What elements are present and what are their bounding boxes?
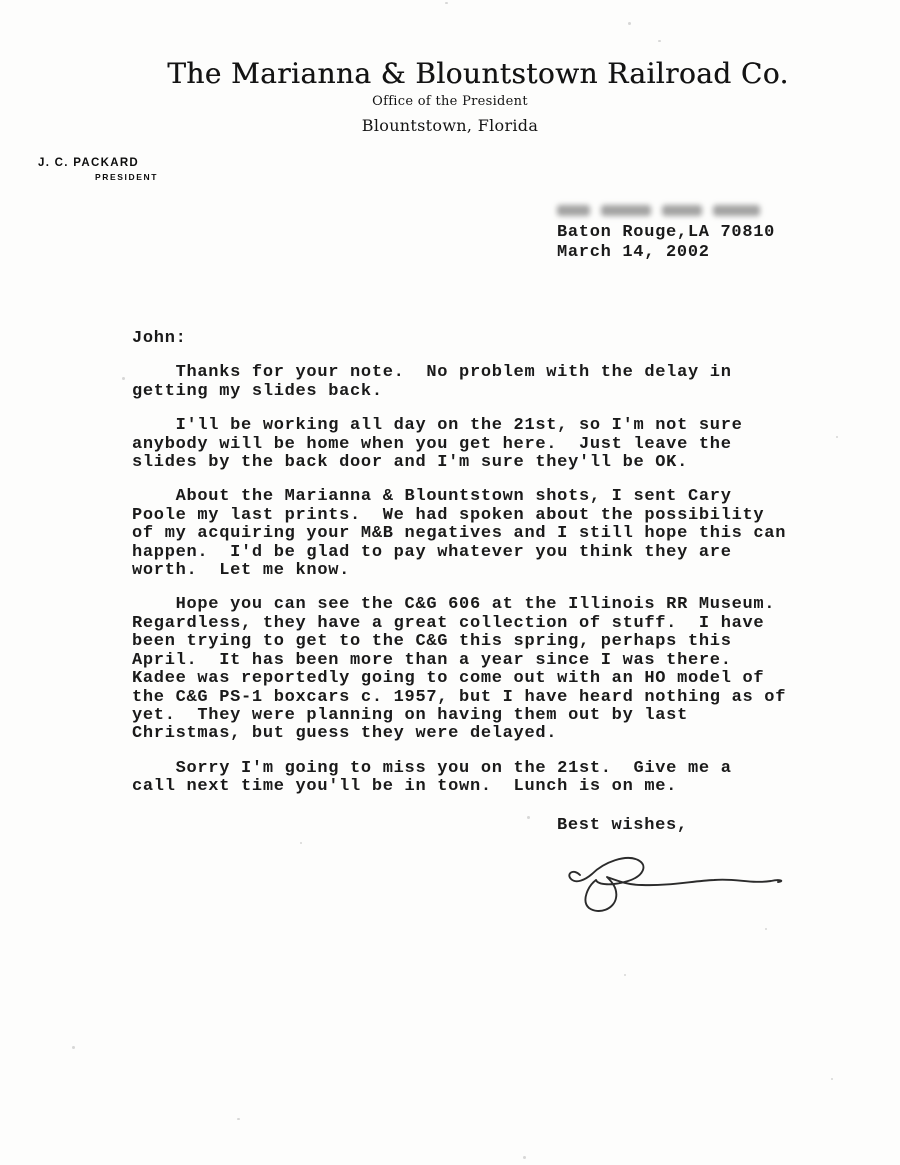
sender-title: PRESIDENT (95, 173, 158, 182)
sender-block: J. C. PACKARD PRESIDENT (38, 158, 158, 181)
scan-speck (765, 928, 767, 930)
scan-speck (628, 22, 631, 25)
scan-speck (527, 816, 530, 819)
redacted-blob (601, 205, 651, 216)
scan-speck (624, 974, 626, 976)
paragraph-2: I'll be working all day on the 21st, so … (132, 417, 872, 472)
scan-speck (72, 1046, 75, 1049)
letter-body: John: Thanks for your note. No problem w… (132, 330, 872, 797)
scan-speck (122, 377, 125, 380)
sender-name: J. C. PACKARD (38, 158, 158, 170)
scan-speck (831, 1078, 833, 1080)
company-name: The Marianna & Blountstown Railroad Co. (28, 60, 900, 88)
redacted-blob (713, 205, 760, 216)
scan-speck (445, 2, 448, 4)
redacted-blob (557, 205, 590, 216)
closing-line: Best wishes, (557, 817, 688, 835)
letterhead: The Marianna & Blountstown Railroad Co. … (0, 60, 900, 135)
letterhead-city-line: Blountstown, Florida (0, 116, 900, 135)
recipient-block: Baton Rouge,LA 70810 March 14, 2002 (557, 203, 775, 263)
scan-speck (523, 1156, 526, 1159)
recipient-city-line: Baton Rouge,LA 70810 (557, 223, 775, 243)
letter-date: March 14, 2002 (557, 243, 775, 263)
paragraph-5: Sorry I'm going to miss you on the 21st.… (132, 760, 872, 797)
paragraph-4: Hope you can see the C&G 606 at the Illi… (132, 596, 872, 743)
redacted-address-line (557, 203, 775, 218)
scan-speck (658, 40, 661, 42)
redacted-blob (662, 205, 702, 216)
letter-page: The Marianna & Blountstown Railroad Co. … (0, 0, 900, 1165)
signature-scribble (566, 853, 794, 919)
salutation: John: (132, 330, 872, 348)
scan-speck (836, 436, 838, 438)
paragraph-1: Thanks for your note. No problem with th… (132, 364, 872, 401)
paragraph-3: About the Marianna & Blountstown shots, … (132, 488, 872, 580)
scan-speck (237, 1118, 240, 1120)
scan-speck (300, 842, 302, 844)
office-line: Office of the President (0, 94, 900, 109)
